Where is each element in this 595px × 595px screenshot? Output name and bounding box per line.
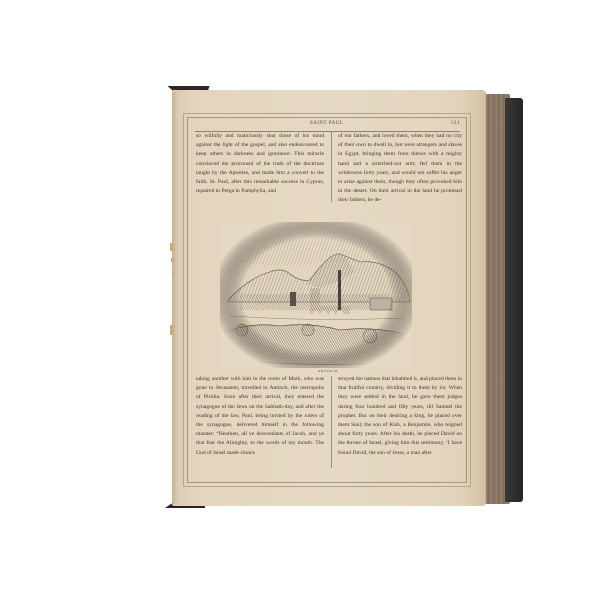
back-cover [505, 98, 523, 502]
column-divider-top [331, 132, 332, 202]
paper-chip [171, 258, 174, 262]
page-number: 511 [451, 121, 460, 126]
page-left-edge [172, 92, 178, 504]
running-head: SAINT PAUL. 511 [195, 121, 460, 131]
antioch-engraving [220, 222, 412, 368]
column-divider-bottom [331, 376, 332, 468]
illustration-caption: ANTIOCH. [196, 369, 461, 373]
text-column-top-right: of our fathers, and loved them, when the… [338, 132, 462, 206]
paper-chip [170, 243, 174, 251]
paper-chip [170, 325, 174, 335]
text-column-top-left: so wilfully and maliciously shut those o… [196, 132, 324, 196]
text-column-bottom-left: taking another with him in the room of M… [196, 375, 324, 458]
text-column-bottom-right: stroyed the nations that inhabited it, a… [338, 375, 462, 458]
running-head-title: SAINT PAUL. [195, 121, 460, 126]
paper-chip [172, 272, 174, 276]
